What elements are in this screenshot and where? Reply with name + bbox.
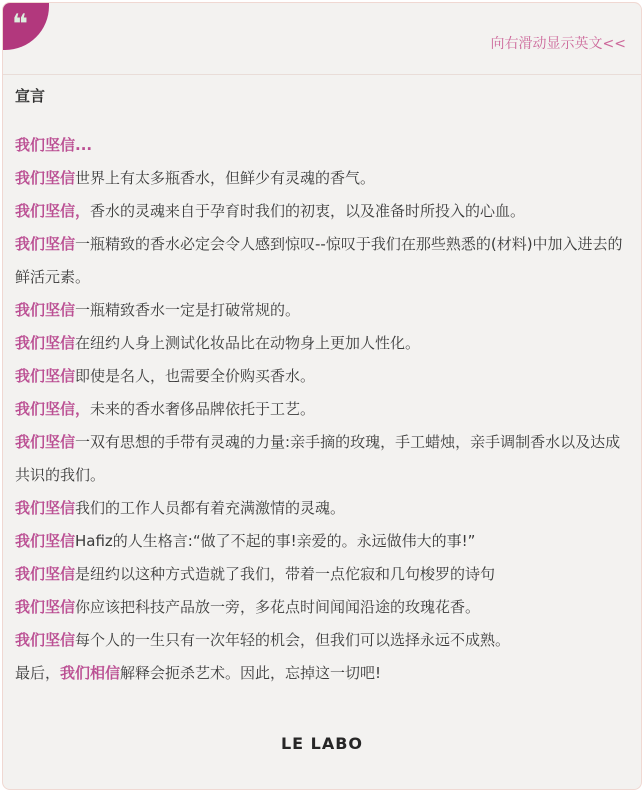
belief-lead: 我们坚信， xyxy=(15,400,90,418)
language-toggle-link[interactable]: 向右滑动显示英文<< xyxy=(491,33,626,53)
quote-icon: ❝ xyxy=(3,3,49,38)
manifesto-paragraph: 我们坚信，香水的灵魂来自于孕育时我们的初衷，以及准备时所投入的心血。 xyxy=(15,195,631,228)
paragraph-text: 我们的工作人员都有着充满激情的灵魂。 xyxy=(75,499,345,517)
paragraph-text: 在纽约人身上测试化妆品比在动物身上更加人性化。 xyxy=(75,334,420,352)
paragraph-text: 一双有思想的手带有灵魂的力量:亲手摘的玫瑰，手工蜡烛，亲手调制香水以及达成共识的… xyxy=(15,433,620,484)
manifesto-paragraph: 我们坚信Hafiz的人生格言:“做了不起的事!亲爱的。永远做伟大的事!” xyxy=(15,525,631,558)
manifesto-paragraph: 我们坚信... xyxy=(15,129,631,162)
belief-lead: 我们坚信 xyxy=(15,565,75,583)
belief-lead: 我们坚信 xyxy=(15,367,75,385)
manifesto-paragraph: 我们坚信世界上有太多瓶香水，但鲜少有灵魂的香气。 xyxy=(15,162,631,195)
manifesto-paragraph: 我们坚信一瓶精致的香水必定会令人感到惊叹--惊叹于我们在那些熟悉的(材料)中加入… xyxy=(15,228,631,294)
manifesto-paragraph: 我们坚信你应该把科技产品放一旁，多花点时间闻闻沿途的玫瑰花香。 xyxy=(15,591,631,624)
paragraph-text: Hafiz的人生格言:“做了不起的事!亲爱的。永远做伟大的事!” xyxy=(75,532,475,550)
paragraph-text: 一瓶精致香水一定是打破常规的。 xyxy=(75,301,300,319)
belief-lead: 我们坚信 xyxy=(15,598,75,616)
belief-lead: 我们坚信 xyxy=(15,301,75,319)
manifesto-paragraph: 我们坚信每个人的一生只有一次年轻的机会，但我们可以选择永远不成熟。 xyxy=(15,624,631,657)
paragraph-text: 香水的灵魂来自于孕育时我们的初衷，以及准备时所投入的心血。 xyxy=(90,202,525,220)
manifesto-content: 宣言 我们坚信...我们坚信世界上有太多瓶香水，但鲜少有灵魂的香气。我们坚信，香… xyxy=(3,87,641,690)
paragraph-prefix: 最后， xyxy=(15,664,60,682)
manifesto-paragraph: 我们坚信即使是名人，也需要全价购买香水。 xyxy=(15,360,631,393)
belief-lead: 我们坚信， xyxy=(15,202,90,220)
belief-lead: 我们坚信 xyxy=(15,433,75,451)
belief-lead: 我们坚信 xyxy=(15,532,75,550)
belief-lead: 我们相信 xyxy=(60,664,120,682)
page-title: 宣言 xyxy=(15,87,631,106)
manifesto-card: ❝ 向右滑动显示英文<< 宣言 我们坚信...我们坚信世界上有太多瓶香水，但鲜少… xyxy=(2,2,642,790)
belief-lead: 我们坚信 xyxy=(15,235,75,253)
paragraph-text: 解释会扼杀艺术。因此，忘掉这一切吧! xyxy=(120,664,381,682)
paragraph-text: 每个人的一生只有一次年轻的机会，但我们可以选择永远不成熟。 xyxy=(75,631,510,649)
manifesto-paragraph: 我们坚信在纽约人身上测试化妆品比在动物身上更加人性化。 xyxy=(15,327,631,360)
paragraph-text: 即使是名人，也需要全价购买香水。 xyxy=(75,367,315,385)
manifesto-paragraph: 我们坚信，未来的香水奢侈品牌依托于工艺。 xyxy=(15,393,631,426)
belief-lead: 我们坚信 xyxy=(15,499,75,517)
paragraph-text: 是纽约以这种方式造就了我们，带着一点佗寂和几句梭罗的诗句 xyxy=(75,565,495,583)
brand-name: LE LABO xyxy=(3,734,641,753)
paragraph-text: 未来的香水奢侈品牌依托于工艺。 xyxy=(90,400,315,418)
quote-badge: ❝ xyxy=(3,3,49,50)
manifesto-paragraph: 我们坚信一瓶精致香水一定是打破常规的。 xyxy=(15,294,631,327)
manifesto-paragraph: 我们坚信一双有思想的手带有灵魂的力量:亲手摘的玫瑰，手工蜡烛，亲手调制香水以及达… xyxy=(15,426,631,492)
manifesto-paragraph: 我们坚信是纽约以这种方式造就了我们，带着一点佗寂和几句梭罗的诗句 xyxy=(15,558,631,591)
paragraph-text: 世界上有太多瓶香水，但鲜少有灵魂的香气。 xyxy=(75,169,375,187)
belief-lead: 我们坚信... xyxy=(15,136,92,154)
paragraph-text: 你应该把科技产品放一旁，多花点时间闻闻沿途的玫瑰花香。 xyxy=(75,598,480,616)
header: ❝ 向右滑动显示英文<< xyxy=(3,3,641,75)
manifesto-paragraphs: 我们坚信...我们坚信世界上有太多瓶香水，但鲜少有灵魂的香气。我们坚信，香水的灵… xyxy=(15,129,631,690)
manifesto-paragraph: 最后，我们相信解释会扼杀艺术。因此，忘掉这一切吧! xyxy=(15,657,631,690)
belief-lead: 我们坚信 xyxy=(15,631,75,649)
paragraph-text: 一瓶精致的香水必定会令人感到惊叹--惊叹于我们在那些熟悉的(材料)中加入进去的鲜… xyxy=(15,235,623,286)
manifesto-paragraph: 我们坚信我们的工作人员都有着充满激情的灵魂。 xyxy=(15,492,631,525)
belief-lead: 我们坚信 xyxy=(15,334,75,352)
belief-lead: 我们坚信 xyxy=(15,169,75,187)
